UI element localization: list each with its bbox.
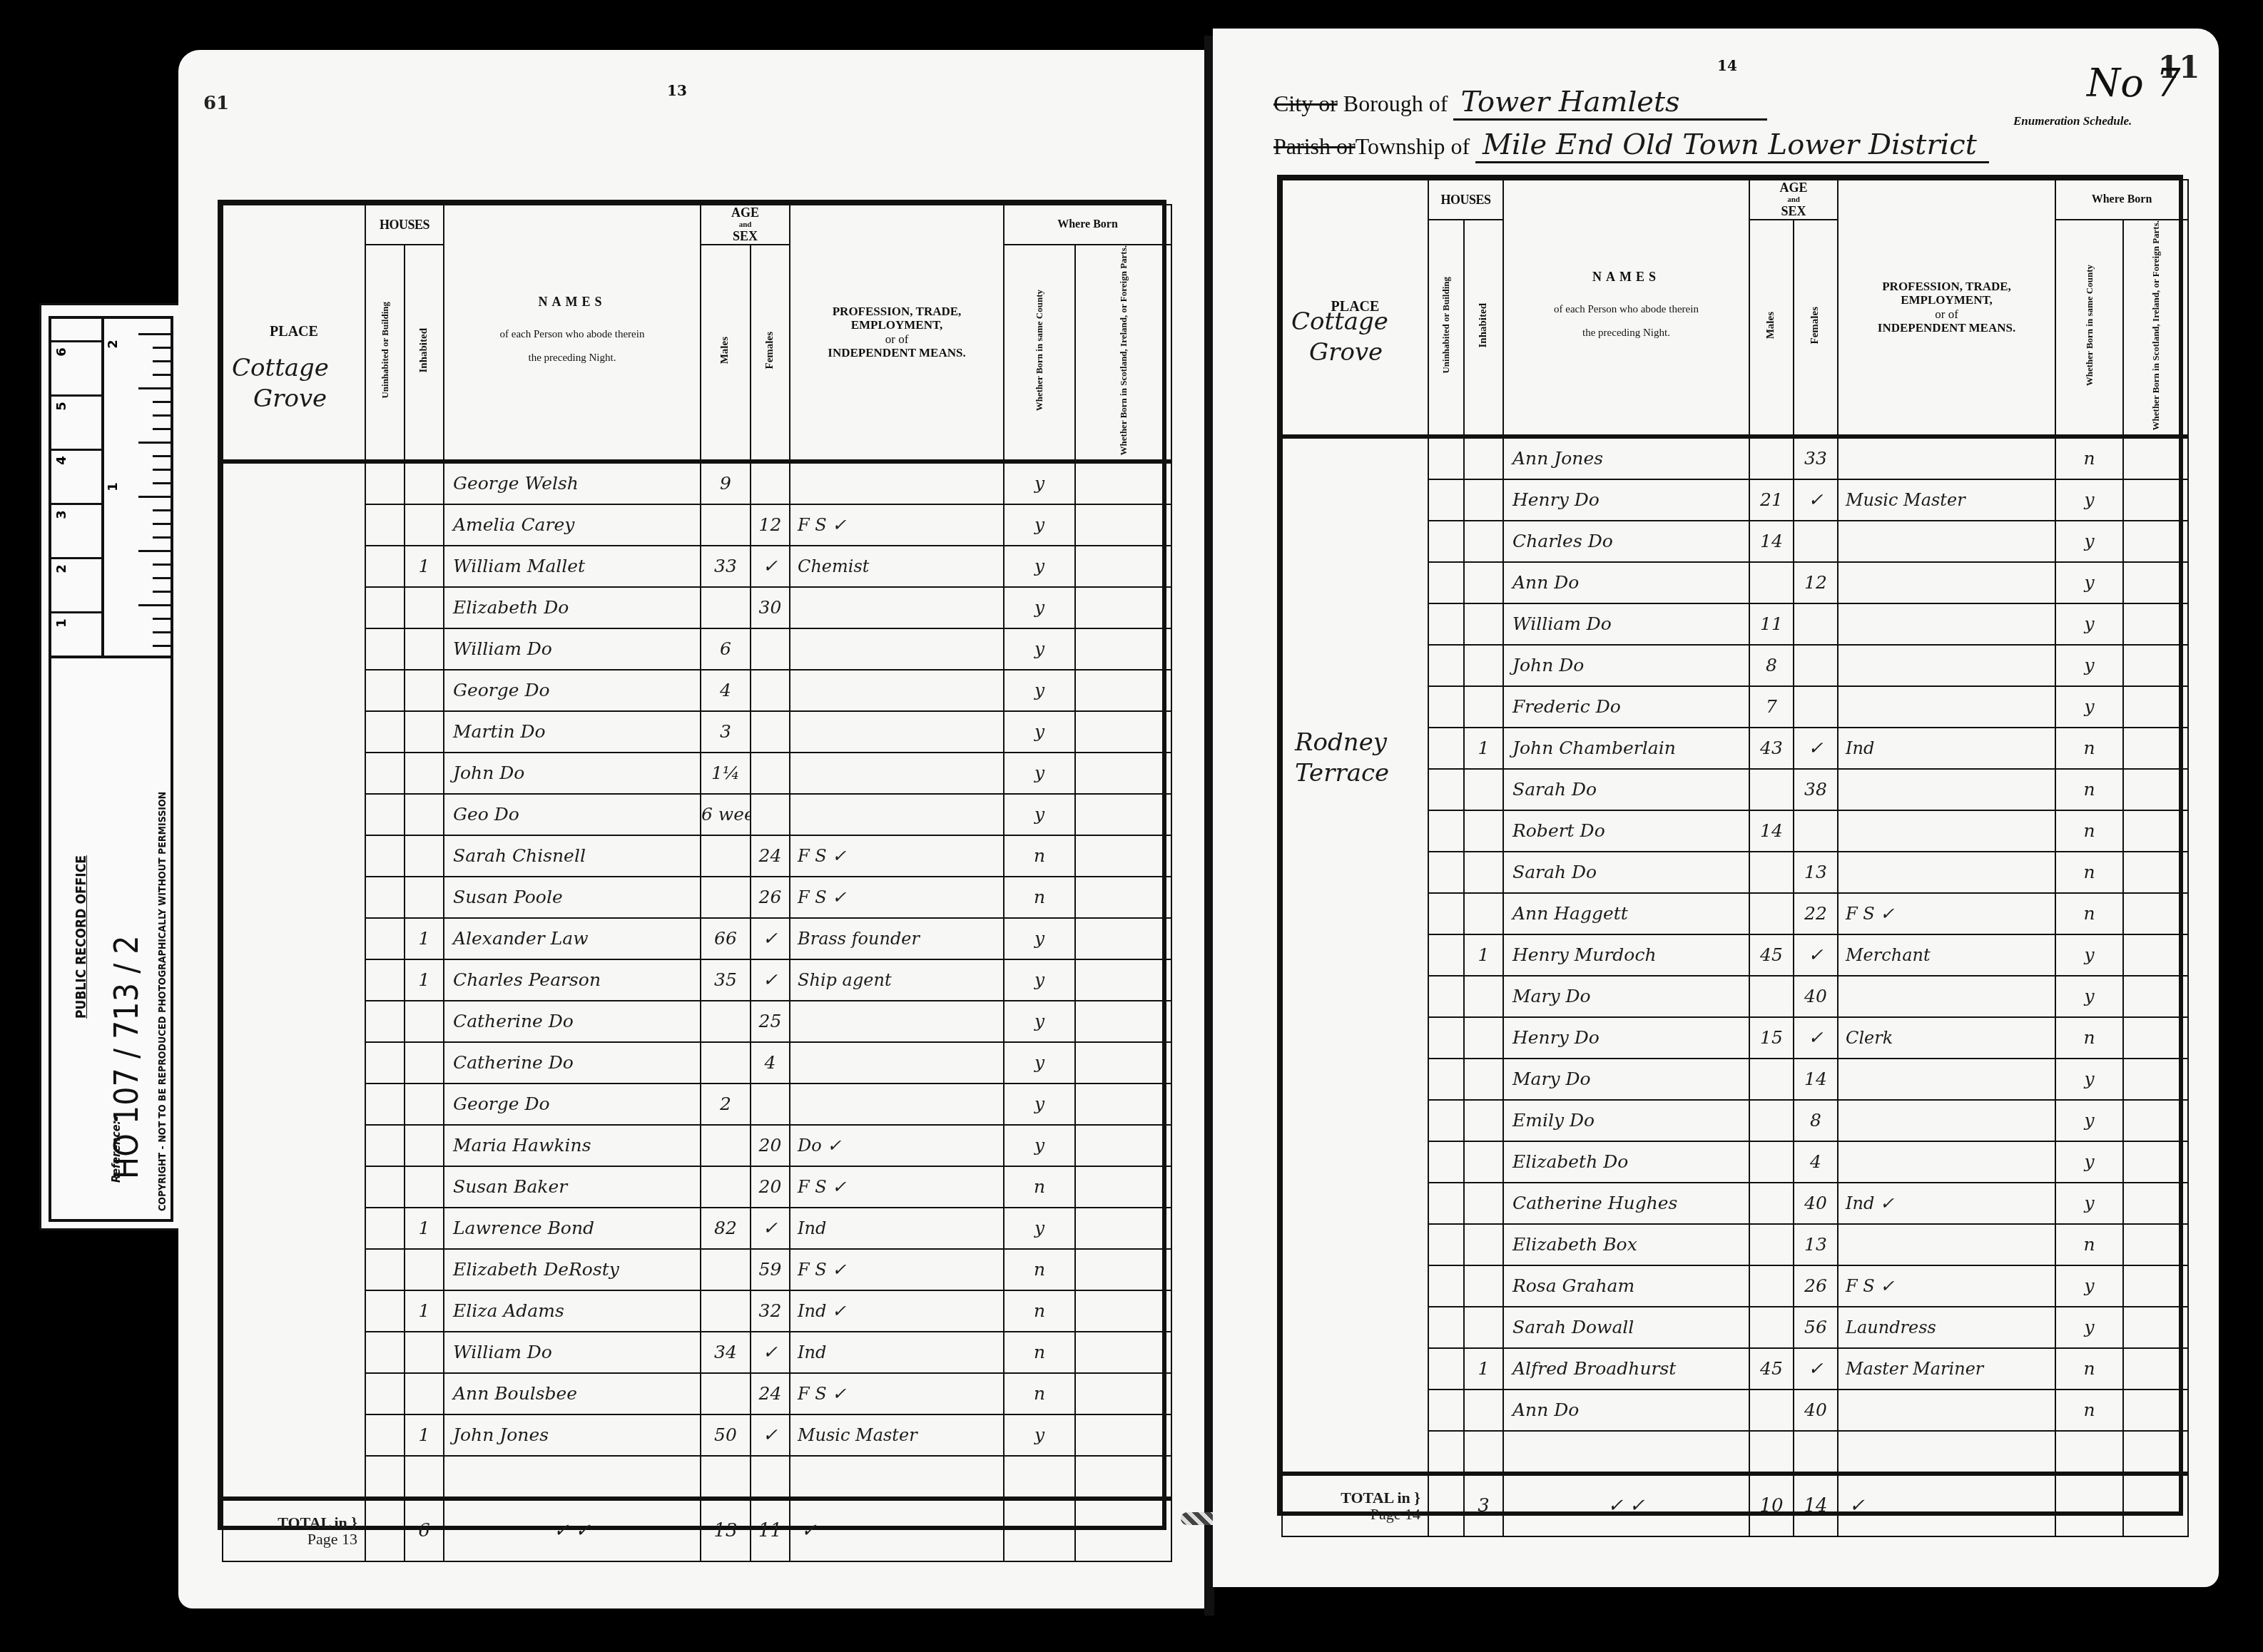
cell-male bbox=[1749, 1307, 1794, 1348]
census-row: Sarah Do38n bbox=[1282, 769, 2188, 810]
cell-male: 15 bbox=[1749, 1017, 1794, 1059]
cell-profession: Master Mariner bbox=[1838, 1348, 2055, 1390]
ruler-tick bbox=[153, 347, 171, 349]
total-names: ✓ ✓ bbox=[444, 1499, 701, 1561]
col-males: Males bbox=[701, 245, 751, 462]
ruler-tick bbox=[138, 550, 171, 552]
cell-profession bbox=[790, 1084, 1004, 1125]
cell-female: ✓ bbox=[1794, 1348, 1838, 1390]
census-row: Elizabeth Do30y bbox=[223, 587, 1171, 628]
cell-female: 30 bbox=[751, 587, 790, 628]
cell-inhabited: 1 bbox=[405, 918, 444, 959]
cell-male bbox=[701, 1290, 751, 1332]
cell-inhabited bbox=[1464, 479, 1503, 521]
cell-profession bbox=[790, 1456, 1004, 1499]
cell-female: ✓ bbox=[751, 1414, 790, 1456]
cell-profession bbox=[790, 753, 1004, 794]
cell-same-county: n bbox=[2055, 728, 2123, 769]
cell-male: 9 bbox=[701, 462, 751, 504]
reference-number: HO 107 / 713 / 2 bbox=[107, 935, 146, 1179]
cell-profession: F S ✓ bbox=[1838, 893, 2055, 934]
cell-inhabited: 1 bbox=[405, 959, 444, 1001]
census-row: Martin Do3y bbox=[223, 711, 1171, 753]
cell-same-county: n bbox=[1004, 1290, 1075, 1332]
col-males: Males bbox=[1749, 220, 1794, 437]
cell-same-county: y bbox=[1004, 794, 1075, 835]
cell-female: 8 bbox=[1794, 1100, 1838, 1141]
census-row: Ann Jones33n bbox=[1282, 437, 2188, 479]
place-cell bbox=[1282, 1059, 1428, 1100]
place-cell bbox=[1282, 1307, 1428, 1348]
cell-uninhabited bbox=[1428, 1431, 1464, 1474]
cell-profession: Ship agent bbox=[790, 959, 1004, 1001]
census-row: Sarah Dowall56Laundressy bbox=[1282, 1307, 2188, 1348]
cell-inhabited bbox=[1464, 1390, 1503, 1431]
place-cell bbox=[223, 628, 365, 670]
col-names: NAMES of each Person who abode therein t… bbox=[444, 205, 701, 462]
cell-same-county: y bbox=[1004, 918, 1075, 959]
cell-female: 22 bbox=[1794, 893, 1838, 934]
cell-foreign bbox=[1075, 504, 1171, 546]
cell-male bbox=[701, 1042, 751, 1084]
place-cell bbox=[223, 794, 365, 835]
ruler-tick bbox=[153, 523, 171, 525]
cell-profession: Ind bbox=[790, 1332, 1004, 1373]
cell-female: 38 bbox=[1794, 769, 1838, 810]
cell-inhabited bbox=[405, 753, 444, 794]
cell-foreign bbox=[2123, 562, 2188, 603]
ruler-cm-label: 6 bbox=[54, 347, 69, 357]
census-row: Charles Do14y bbox=[1282, 521, 2188, 562]
col-born-same-county: Whether Born in same County bbox=[1004, 245, 1075, 462]
place-cell bbox=[1282, 603, 1428, 645]
census-row: George Do2y bbox=[223, 1084, 1171, 1125]
cell-profession bbox=[1838, 437, 2055, 479]
place-cell bbox=[223, 918, 365, 959]
cell-female: 13 bbox=[1794, 1224, 1838, 1265]
col-profession: PROFESSION, TRADE,EMPLOYMENT, or ofINDEP… bbox=[1838, 180, 2055, 437]
cell-female: ✓ bbox=[751, 1208, 790, 1249]
cell-profession bbox=[1838, 1059, 2055, 1100]
cell-inhabited bbox=[405, 835, 444, 877]
cell-female: ✓ bbox=[751, 918, 790, 959]
cell-name: Elizabeth DeRosty bbox=[444, 1249, 701, 1290]
cell-name: Rosa Graham bbox=[1503, 1265, 1749, 1307]
place-cell bbox=[223, 711, 365, 753]
total-row: TOTAL in }Page 14 3 ✓ ✓ 10 14 ✓ bbox=[1282, 1474, 2188, 1536]
cell-foreign bbox=[2123, 1348, 2188, 1390]
cell-male bbox=[701, 1166, 751, 1208]
cell-male bbox=[1749, 437, 1794, 479]
cell-profession bbox=[1838, 769, 2055, 810]
cell-same-county: y bbox=[1004, 1042, 1075, 1084]
cell-male: 6 bbox=[701, 628, 751, 670]
total-females: 11 bbox=[751, 1499, 790, 1561]
cell-male bbox=[1749, 893, 1794, 934]
cell-name bbox=[444, 1456, 701, 1499]
folio-mark: 61 bbox=[203, 93, 229, 114]
cell-male bbox=[1749, 1265, 1794, 1307]
cell-same-county: y bbox=[2055, 934, 2123, 976]
col-where-born: Where Born bbox=[2055, 180, 2188, 220]
census-row: Ann Boulsbee24F S ✓n bbox=[223, 1373, 1171, 1414]
cell-uninhabited bbox=[1428, 1059, 1464, 1100]
cell-uninhabited bbox=[1428, 1224, 1464, 1265]
cell-male bbox=[1749, 1183, 1794, 1224]
cell-female: 33 bbox=[1794, 437, 1838, 479]
cell-inhabited: 1 bbox=[405, 1290, 444, 1332]
cell-foreign bbox=[2123, 1183, 2188, 1224]
ruler-cm-line bbox=[51, 503, 101, 505]
cell-uninhabited bbox=[1428, 769, 1464, 810]
cell-uninhabited bbox=[1428, 1183, 1464, 1224]
cell-profession bbox=[790, 794, 1004, 835]
scale-ruler: 65432121 bbox=[49, 316, 173, 658]
cell-female: 40 bbox=[1794, 1183, 1838, 1224]
cell-uninhabited bbox=[365, 504, 405, 546]
cell-name: Martin Do bbox=[444, 711, 701, 753]
cell-same-county: y bbox=[1004, 1125, 1075, 1166]
cell-uninhabited bbox=[365, 1125, 405, 1166]
cell-name: Henry Do bbox=[1503, 1017, 1749, 1059]
cell-male: 82 bbox=[701, 1208, 751, 1249]
census-row: Emily Do8y bbox=[1282, 1100, 2188, 1141]
cell-male bbox=[701, 1373, 751, 1414]
cell-name: Catherine Do bbox=[444, 1001, 701, 1042]
cell-foreign bbox=[2123, 437, 2188, 479]
cell-male: 50 bbox=[701, 1414, 751, 1456]
cell-female bbox=[751, 670, 790, 711]
census-row: 1William Mallet33✓Chemisty bbox=[223, 546, 1171, 587]
cell-female: 59 bbox=[751, 1249, 790, 1290]
cell-profession bbox=[790, 587, 1004, 628]
census-row: 1Lawrence Bond82✓Indy bbox=[223, 1208, 1171, 1249]
cell-foreign bbox=[1075, 670, 1171, 711]
census-table: PLACE HOUSES NAMES of each Person who ab… bbox=[218, 200, 1166, 1530]
cell-name: Geo Do bbox=[444, 794, 701, 835]
cell-uninhabited bbox=[1428, 1265, 1464, 1307]
place-cell bbox=[1282, 1390, 1428, 1431]
col-names: NAMES of each Person who abode therein t… bbox=[1503, 180, 1749, 437]
cell-inhabited bbox=[1464, 521, 1503, 562]
place-cell bbox=[223, 1373, 365, 1414]
reference-card: 65432121 PUBLIC RECORD OFFICE Reference:… bbox=[39, 303, 182, 1230]
cell-female: ✓ bbox=[1794, 479, 1838, 521]
cell-male: 34 bbox=[701, 1332, 751, 1373]
cell-name: Alfred Broadhurst bbox=[1503, 1348, 1749, 1390]
census-table: PLACE HOUSES NAMES of each Person who ab… bbox=[1277, 175, 2183, 1516]
cell-female: ✓ bbox=[751, 959, 790, 1001]
ruler-tick bbox=[153, 428, 171, 430]
census-row: Elizabeth DeRosty59F S ✓n bbox=[223, 1249, 1171, 1290]
cell-foreign bbox=[1075, 753, 1171, 794]
place-cell bbox=[1282, 934, 1428, 976]
cell-male bbox=[701, 1456, 751, 1499]
cell-name: William Do bbox=[444, 1332, 701, 1373]
cell-inhabited bbox=[405, 628, 444, 670]
cell-male: 2 bbox=[701, 1084, 751, 1125]
ruler-tick bbox=[153, 455, 171, 457]
total-females: 14 bbox=[1794, 1474, 1838, 1536]
place-cell bbox=[1282, 1141, 1428, 1183]
cell-same-county: y bbox=[1004, 1414, 1075, 1456]
col-born-same-county: Whether Born in same County bbox=[2055, 220, 2123, 437]
cell-foreign bbox=[1075, 628, 1171, 670]
cell-profession bbox=[1838, 521, 2055, 562]
cell-uninhabited bbox=[365, 1166, 405, 1208]
col-age-sex: AGEandSEX bbox=[1749, 180, 1838, 220]
place-cell bbox=[223, 835, 365, 877]
cell-male bbox=[1749, 852, 1794, 893]
cell-inhabited bbox=[1464, 1183, 1503, 1224]
cell-inhabited: 1 bbox=[1464, 1348, 1503, 1390]
cell-female: 20 bbox=[751, 1125, 790, 1166]
cell-same-county: y bbox=[2055, 686, 2123, 728]
cell-uninhabited bbox=[365, 794, 405, 835]
cell-name: Susan Baker bbox=[444, 1166, 701, 1208]
ruler-cm-label: 5 bbox=[54, 402, 69, 411]
cell-female: 40 bbox=[1794, 1390, 1838, 1431]
cell-name: Lawrence Bond bbox=[444, 1208, 701, 1249]
cell-male: 43 bbox=[1749, 728, 1794, 769]
cell-uninhabited bbox=[1428, 728, 1464, 769]
ruler-cm-label: 4 bbox=[54, 456, 69, 465]
ruler-cm-label: 1 bbox=[54, 618, 69, 628]
cell-foreign bbox=[2123, 1431, 2188, 1474]
cell-inhabited bbox=[1464, 686, 1503, 728]
cell-uninhabited bbox=[365, 918, 405, 959]
cell-male bbox=[1749, 1059, 1794, 1100]
cell-female: 4 bbox=[1794, 1141, 1838, 1183]
cell-foreign bbox=[2123, 1141, 2188, 1183]
cell-profession bbox=[790, 670, 1004, 711]
census-row: William Do34✓Indn bbox=[223, 1332, 1171, 1373]
cell-profession: F S ✓ bbox=[790, 504, 1004, 546]
cell-profession: Merchant bbox=[1838, 934, 2055, 976]
place-cell bbox=[1282, 437, 1428, 479]
cell-name: William Mallet bbox=[444, 546, 701, 587]
cell-uninhabited bbox=[1428, 1100, 1464, 1141]
cell-name: Elizabeth Do bbox=[1503, 1141, 1749, 1183]
borough-line: City or Borough of Tower Hamlets bbox=[1273, 86, 1767, 121]
cell-profession: F S ✓ bbox=[790, 1166, 1004, 1208]
cell-uninhabited bbox=[365, 753, 405, 794]
cell-uninhabited bbox=[1428, 645, 1464, 686]
census-row: Susan Baker20F S ✓n bbox=[223, 1166, 1171, 1208]
cell-same-county bbox=[2055, 1431, 2123, 1474]
cell-name: Frederic Do bbox=[1503, 686, 1749, 728]
ruler-tick bbox=[138, 604, 171, 606]
cell-profession bbox=[1838, 1431, 2055, 1474]
census-row: William Do11y bbox=[1282, 603, 2188, 645]
cell-foreign bbox=[1075, 1125, 1171, 1166]
cell-name: Emily Do bbox=[1503, 1100, 1749, 1141]
cell-name: Sarah Dowall bbox=[1503, 1307, 1749, 1348]
cell-same-county: y bbox=[2055, 603, 2123, 645]
cell-name: Sarah Do bbox=[1503, 852, 1749, 893]
cell-foreign bbox=[1075, 1373, 1171, 1414]
ruler-tick bbox=[153, 414, 171, 417]
cell-male: 3 bbox=[701, 711, 751, 753]
census-row: 1Eliza Adams32Ind ✓n bbox=[223, 1290, 1171, 1332]
census-row: 1John Jones50✓Music Mastery bbox=[223, 1414, 1171, 1456]
cell-foreign bbox=[2123, 686, 2188, 728]
schedule-label: Enumeration Schedule. bbox=[2013, 114, 2132, 128]
cell-name: Ann Haggett bbox=[1503, 893, 1749, 934]
cell-profession bbox=[1838, 645, 2055, 686]
ruler-tick bbox=[153, 482, 171, 484]
cell-female bbox=[1794, 645, 1838, 686]
cell-name: William Do bbox=[1503, 603, 1749, 645]
total-uninhabited bbox=[365, 1499, 405, 1561]
census-row: Mary Do14y bbox=[1282, 1059, 2188, 1100]
census-row: Sarah Chisnell24F S ✓n bbox=[223, 835, 1171, 877]
cell-name: George Do bbox=[444, 1084, 701, 1125]
cell-profession bbox=[1838, 810, 2055, 852]
cell-female: ✓ bbox=[751, 1332, 790, 1373]
place-cell bbox=[223, 504, 365, 546]
cell-female bbox=[1794, 810, 1838, 852]
col-uninhabited: Uninhabited or Building bbox=[1428, 220, 1464, 437]
cell-profession bbox=[1838, 562, 2055, 603]
cell-name: Mary Do bbox=[1503, 1059, 1749, 1100]
ruler-cm-line bbox=[51, 611, 101, 613]
census-row: Ann Haggett22F S ✓n bbox=[1282, 893, 2188, 934]
cell-male bbox=[701, 835, 751, 877]
ruler-cm-line bbox=[51, 394, 101, 397]
ruler-tick bbox=[153, 564, 171, 566]
cell-profession: Ind ✓ bbox=[1838, 1183, 2055, 1224]
place-label-cottage-grove: CottageGrove bbox=[1291, 307, 1388, 367]
cell-inhabited bbox=[1464, 437, 1503, 479]
cell-name: Maria Hawkins bbox=[444, 1125, 701, 1166]
cell-same-county: n bbox=[2055, 852, 2123, 893]
cell-female bbox=[1794, 686, 1838, 728]
cell-uninhabited bbox=[365, 462, 405, 504]
ruler-tick bbox=[138, 387, 171, 389]
cell-female: 26 bbox=[751, 877, 790, 918]
col-profession: PROFESSION, TRADE,EMPLOYMENT, or ofINDEP… bbox=[790, 205, 1004, 462]
cell-male: 14 bbox=[1749, 810, 1794, 852]
cell-female: 24 bbox=[751, 1373, 790, 1414]
cell-uninhabited bbox=[1428, 852, 1464, 893]
ruler-tick bbox=[153, 360, 171, 362]
cell-inhabited bbox=[1464, 1141, 1503, 1183]
cell-profession: Ind bbox=[1838, 728, 2055, 769]
census-row: Mary Do40y bbox=[1282, 976, 2188, 1017]
cell-name: Henry Do bbox=[1503, 479, 1749, 521]
cell-same-county: y bbox=[2055, 1141, 2123, 1183]
cell-male bbox=[701, 1249, 751, 1290]
cell-female: 20 bbox=[751, 1166, 790, 1208]
cell-same-county: y bbox=[2055, 1059, 2123, 1100]
cell-name: Catherine Do bbox=[444, 1042, 701, 1084]
cell-name: Mary Do bbox=[1503, 976, 1749, 1017]
census-row: Catherine Do25y bbox=[223, 1001, 1171, 1042]
cell-same-county: n bbox=[2055, 437, 2123, 479]
place-cell bbox=[1282, 1017, 1428, 1059]
col-where-born: Where Born bbox=[1004, 205, 1171, 245]
cell-uninhabited bbox=[1428, 976, 1464, 1017]
ruler-cm-line bbox=[51, 449, 101, 451]
cell-female: 24 bbox=[751, 835, 790, 877]
census-row: Amelia Carey12F S ✓y bbox=[223, 504, 1171, 546]
cell-profession: Ind ✓ bbox=[790, 1290, 1004, 1332]
place-cell bbox=[223, 1249, 365, 1290]
census-row: William Do6y bbox=[223, 628, 1171, 670]
place-cell bbox=[223, 1208, 365, 1249]
cell-male bbox=[1749, 1100, 1794, 1141]
census-row: 1Alexander Law66✓Brass foundery bbox=[223, 918, 1171, 959]
census-row: Henry Do21✓Music Mastery bbox=[1282, 479, 2188, 521]
col-houses: HOUSES bbox=[1428, 180, 1503, 220]
census-row: 1Henry Murdoch45✓Merchanty bbox=[1282, 934, 2188, 976]
census-row: Robert Do14n bbox=[1282, 810, 2188, 852]
cell-name: Elizabeth Do bbox=[444, 587, 701, 628]
page-number: 14 bbox=[1717, 57, 1737, 74]
cell-same-county: y bbox=[2055, 1265, 2123, 1307]
cell-male bbox=[1749, 1224, 1794, 1265]
cell-profession bbox=[1838, 852, 2055, 893]
place-cell bbox=[223, 877, 365, 918]
cell-profession: Laundress bbox=[1838, 1307, 2055, 1348]
cell-uninhabited bbox=[365, 959, 405, 1001]
total-males: 13 bbox=[701, 1499, 751, 1561]
ruler-tick bbox=[153, 401, 171, 403]
cell-female: 12 bbox=[751, 504, 790, 546]
col-inhabited: Inhabited bbox=[1464, 220, 1503, 437]
ruler-tick bbox=[153, 631, 171, 633]
cell-foreign bbox=[2123, 1265, 2188, 1307]
cell-foreign bbox=[2123, 1100, 2188, 1141]
total-profession: ✓ bbox=[1838, 1474, 2055, 1536]
cell-same-county: y bbox=[1004, 753, 1075, 794]
cell-same-county: n bbox=[2055, 1348, 2123, 1390]
cell-male bbox=[1749, 562, 1794, 603]
cell-male: 66 bbox=[701, 918, 751, 959]
cell-profession: F S ✓ bbox=[790, 877, 1004, 918]
cell-inhabited bbox=[405, 1125, 444, 1166]
cell-profession bbox=[790, 1042, 1004, 1084]
cell-profession: Clerk bbox=[1838, 1017, 2055, 1059]
cell-foreign bbox=[1075, 1001, 1171, 1042]
cell-female bbox=[751, 711, 790, 753]
place-cell bbox=[223, 1042, 365, 1084]
cell-foreign bbox=[1075, 587, 1171, 628]
cell-profession: Do ✓ bbox=[790, 1125, 1004, 1166]
cell-uninhabited bbox=[365, 628, 405, 670]
ruler-tick bbox=[138, 442, 171, 444]
cell-inhabited bbox=[405, 462, 444, 504]
col-females: Females bbox=[751, 245, 790, 462]
ruler-tick bbox=[153, 577, 171, 579]
cell-inhabited bbox=[405, 1042, 444, 1084]
cell-female bbox=[1794, 1431, 1838, 1474]
cell-profession: Chemist bbox=[790, 546, 1004, 587]
census-row: George Welsh9y bbox=[223, 462, 1171, 504]
census-row: Elizabeth Do4y bbox=[1282, 1141, 2188, 1183]
cell-female bbox=[1794, 603, 1838, 645]
cell-same-county: n bbox=[1004, 1166, 1075, 1208]
cell-inhabited bbox=[405, 670, 444, 711]
cell-female: 14 bbox=[1794, 1059, 1838, 1100]
total-label: TOTAL in }Page 13 bbox=[223, 1499, 365, 1561]
ruler-cm-label: 2 bbox=[54, 564, 69, 573]
cell-profession: Ind bbox=[790, 1208, 1004, 1249]
cell-same-county: y bbox=[1004, 1084, 1075, 1125]
ruler-tick bbox=[138, 496, 171, 498]
cell-foreign bbox=[2123, 1224, 2188, 1265]
